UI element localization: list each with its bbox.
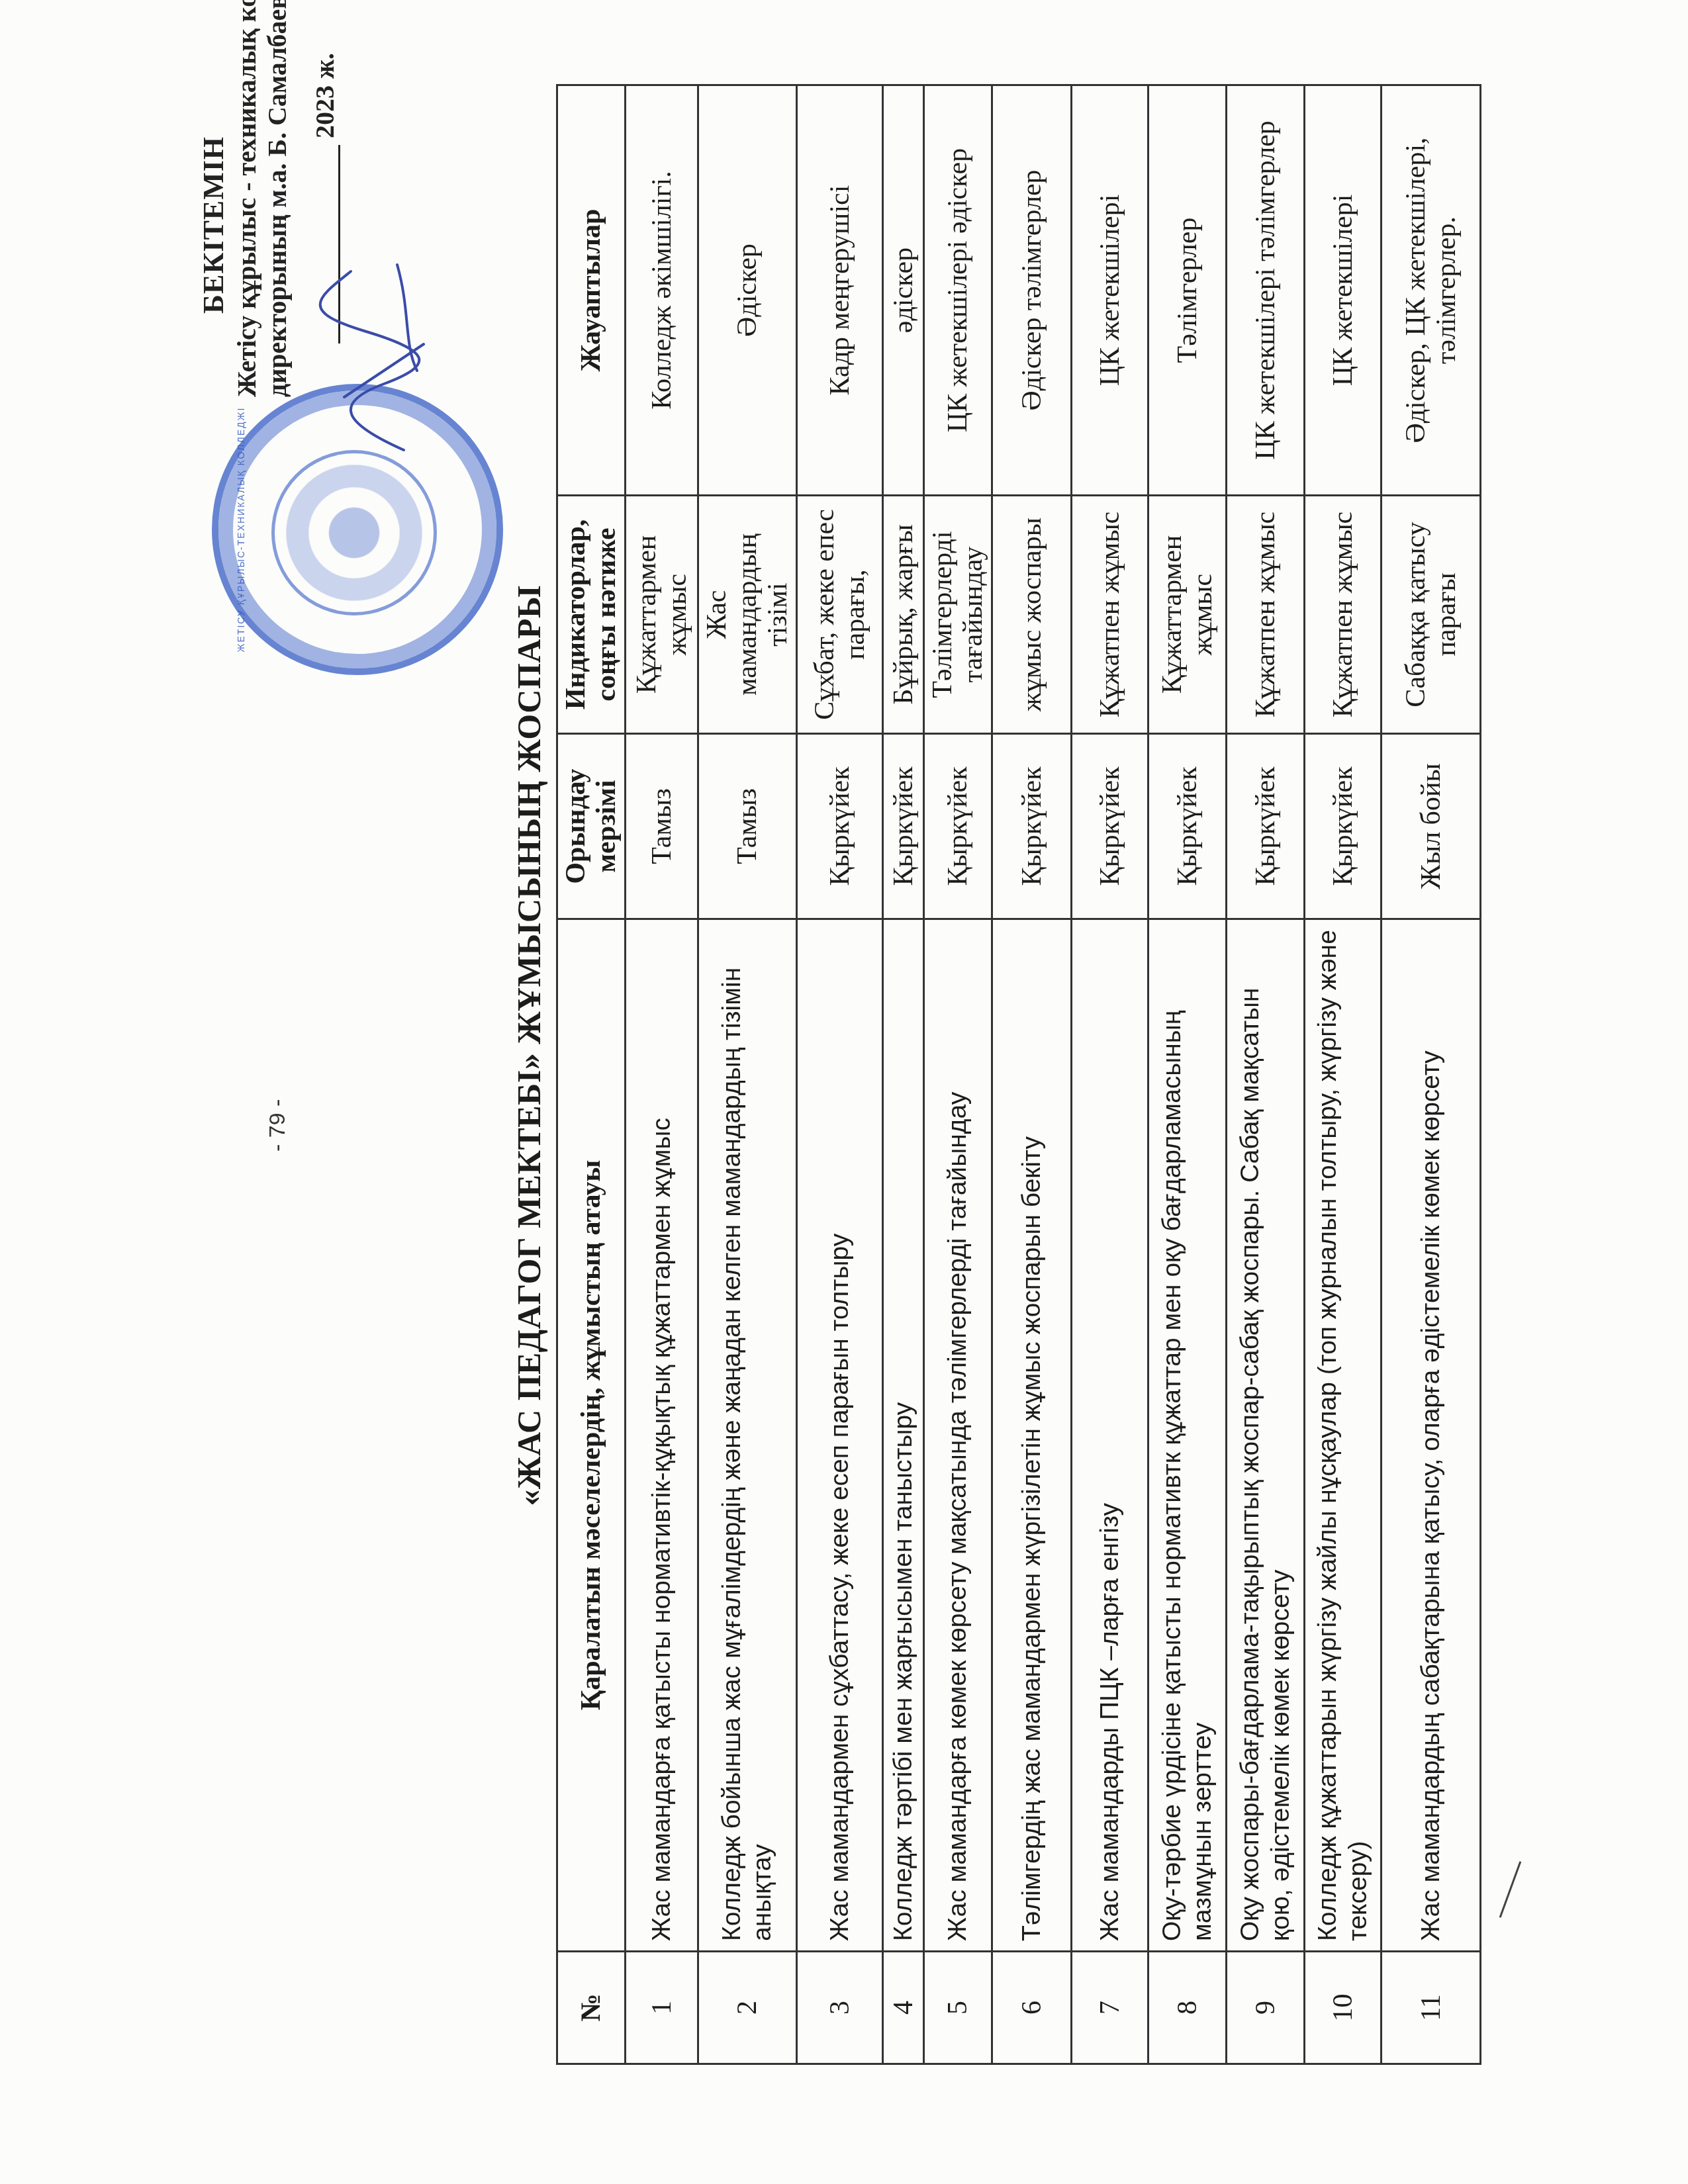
plan-table: № Қаралатын мәселелердің, жұмыстың атауы… (556, 84, 1481, 2065)
row-responsible: Тәлімгерлер (1149, 85, 1227, 496)
document-title: «ЖАС ПЕДАГОГ МЕКТЕБІ» ЖҰМЫСЫНЫҢ ЖОСПАРЫ (510, 251, 548, 1840)
table-header-row: № Қаралатын мәселелердің, жұмыстың атауы… (557, 85, 626, 2064)
row-responsible: Әдіскер, ЦК жетекшілері, тәлімгерлер. (1382, 85, 1481, 496)
plan-table-body: 1Жас мамандарға қатысты нормативтік-құқы… (626, 85, 1481, 2064)
page-number: - 79 - (265, 1099, 291, 1152)
table-row: 3Жас мамандармен сұхбаттасу, жеке есеп п… (797, 85, 883, 2064)
row-number: 10 (1305, 1952, 1382, 2064)
row-task: Колледж тәртібі мен жарғысымен таныстыру (883, 919, 924, 1952)
table-row: 4Колледж тәртібі мен жарғысымен таныстыр… (883, 85, 924, 2064)
row-responsible: Колледж әкімшілігі. (626, 85, 698, 496)
row-task: Оқу жоспары-бағдарлама-тақырыптық жоспар… (1227, 919, 1305, 1952)
table-row: 6Тәлімгердің жас мамандармен жүргізілеті… (992, 85, 1072, 2064)
row-indicator: Бұйрық, жарғы (883, 496, 924, 734)
header-task: Қаралатын мәселелердің, жұмыстың атауы (557, 919, 626, 1952)
signature-icon (305, 245, 444, 463)
row-term: Қыркүйек (797, 734, 883, 919)
header-indicator: Индикаторлар, соңғы нәтиже (557, 496, 626, 734)
row-responsible: ЦК жетекшілері (1072, 85, 1149, 496)
row-task: Оқу-тәрбие үрдісіне қатысты нормативтк қ… (1149, 919, 1227, 1952)
row-task: Тәлімгердің жас мамандармен жүргізілетін… (992, 919, 1072, 1952)
row-responsible: Кадр меңгерушісі (797, 85, 883, 496)
row-number: 2 (698, 1952, 797, 2064)
row-responsible: ЦК жетекшілері әдіскер (924, 85, 992, 496)
approval-year: 2023 ж. (310, 53, 340, 138)
approval-title: БЕКІТЕМІН (199, 53, 229, 397)
approval-line-2: директорының м.а. Б. Самалбаев (262, 53, 293, 397)
row-number: 4 (883, 1952, 924, 2064)
document-page: - 79 - ЖЕТІСУ ҚҰРЫЛЫС-ТЕХНИКАЛЫҚ КОЛЛЕДЖ… (0, 0, 1688, 2184)
row-indicator: Тәлімгерлерді тағайындау (924, 496, 992, 734)
row-term: Жыл бойы (1382, 734, 1481, 919)
table-row: 1Жас мамандарға қатысты нормативтік-құқы… (626, 85, 698, 2064)
table-row: 11Жас мамандардың сабақтарына қатысу, ол… (1382, 85, 1481, 2064)
row-term: Қыркүйек (924, 734, 992, 919)
row-number: 3 (797, 1952, 883, 2064)
row-number: 1 (626, 1952, 698, 2064)
row-number: 7 (1072, 1952, 1149, 2064)
row-responsible: ЦК жетекшілері (1305, 85, 1382, 496)
row-task: Жас мамандарға көмек көрсету мақсатында … (924, 919, 992, 1952)
row-number: 5 (924, 1952, 992, 2064)
row-number: 6 (992, 1952, 1072, 2064)
header-responsible: Жауаптылар (557, 85, 626, 496)
row-number: 8 (1149, 1952, 1227, 2064)
row-responsible: ЦК жетекшілері тәлімгерлер (1227, 85, 1305, 496)
stamp-ring-text: ЖЕТІСУ ҚҰРЫЛЫС-ТЕХНИКАЛЫҚ КОЛЛЕДЖІ (236, 390, 246, 668)
header-term: Орындау мерзімі (557, 734, 626, 919)
row-term: Қыркүйек (992, 734, 1072, 919)
row-task: Жас мамандардың сабақтарына қатысу, олар… (1382, 919, 1481, 1952)
row-term: Қыркүйек (1149, 734, 1227, 919)
row-number: 11 (1382, 1952, 1481, 2064)
row-responsible: Әдіскер (698, 85, 797, 496)
row-indicator: Құжатпен жұмыс (1227, 496, 1305, 734)
row-task: Жас мамандарға қатысты нормативтік-құқық… (626, 919, 698, 1952)
row-indicator: Сабаққа қатысу парағы (1382, 496, 1481, 734)
row-task: Жас мамандарды ПЦК –ларға енгізу (1072, 919, 1149, 1952)
table-row: 9Оқу жоспары-бағдарлама-тақырыптық жоспа… (1227, 85, 1305, 2064)
row-indicator: Құжаттармен жұмыс (1149, 496, 1227, 734)
row-responsible: Әдіскер тәлімгерлер (992, 85, 1072, 496)
row-term: Қыркүйек (883, 734, 924, 919)
row-term: Тамыз (698, 734, 797, 919)
row-indicator: Сұхбат, жеке епес парағы, (797, 496, 883, 734)
row-task: Колледж бойынша жас мұғалімдердің және ж… (698, 919, 797, 1952)
row-term: Қыркүйек (1072, 734, 1149, 919)
table-row: 7Жас мамандарды ПЦК –ларға енгізуҚыркүйе… (1072, 85, 1149, 2064)
row-responsible: әдіскер (883, 85, 924, 496)
table-row: 8Оқу-тәрбие үрдісіне қатысты нормативтк … (1149, 85, 1227, 2064)
stamp-emblem-icon (271, 450, 437, 615)
row-task: Жас мамандармен сұхбаттасу, жеке есеп па… (797, 919, 883, 1952)
row-indicator: Құжатпен жұмыс (1305, 496, 1382, 734)
row-task: Колледж құжаттарын жүргізу жайлы нұсқаул… (1305, 919, 1382, 1952)
approval-line-1: Жетісу құрылыс - техникалық колледж (232, 53, 262, 397)
row-indicator: Құжаттармен жұмыс (626, 496, 698, 734)
row-number: 9 (1227, 1952, 1305, 2064)
row-term: Қыркүйек (1305, 734, 1382, 919)
table-row: 5Жас мамандарға көмек көрсету мақсатында… (924, 85, 992, 2064)
pen-mark (1499, 1861, 1522, 1918)
table-row: 10Колледж құжаттарын жүргізу жайлы нұсқа… (1305, 85, 1382, 2064)
header-num: № (557, 1952, 626, 2064)
row-indicator: жұмыс жоспары (992, 496, 1072, 734)
row-term: Қыркүйек (1227, 734, 1305, 919)
table-row: 2Колледж бойынша жас мұғалімдердің және … (698, 85, 797, 2064)
row-term: Тамыз (626, 734, 698, 919)
row-indicator: Құжатпен жұмыс (1072, 496, 1149, 734)
row-indicator: Жас мамандардың тізімі (698, 496, 797, 734)
